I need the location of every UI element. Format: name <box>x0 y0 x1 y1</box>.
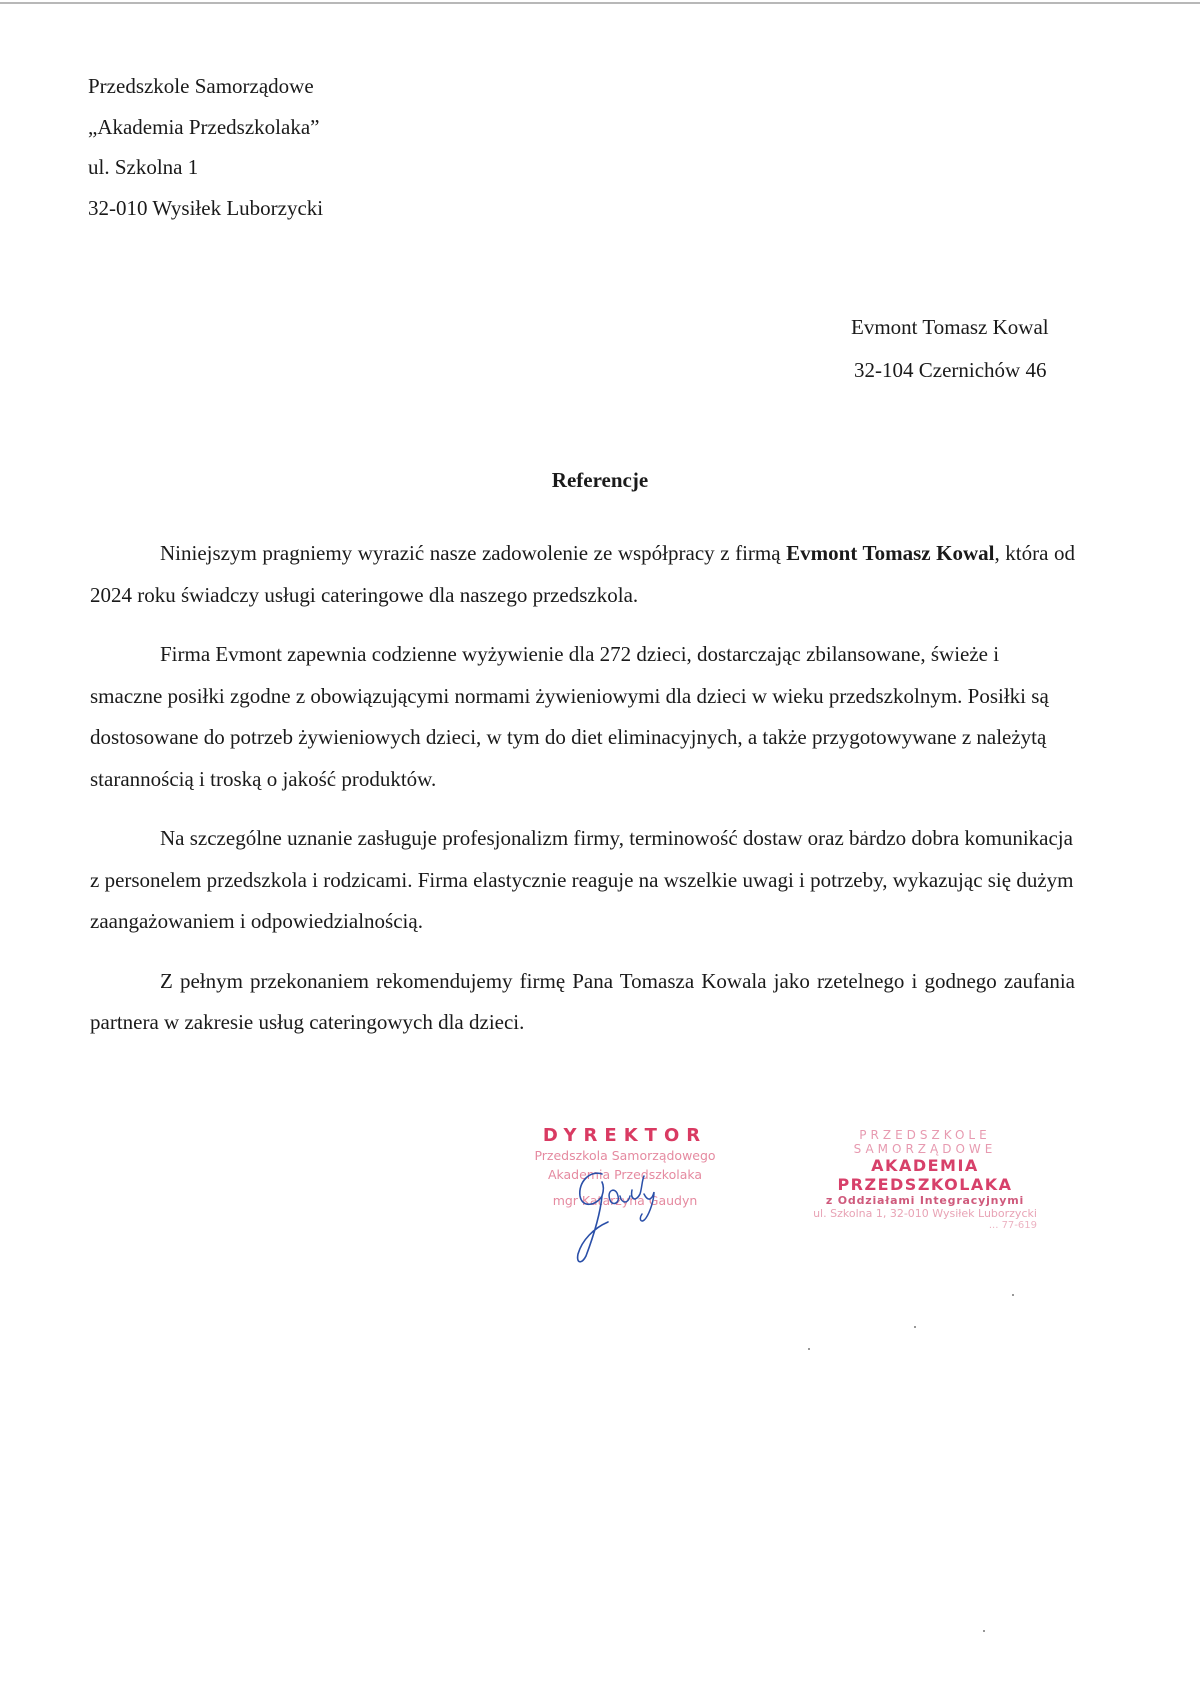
paragraph-recommendation: Z pełnym przekonaniem rekomendujemy firm… <box>90 961 1075 1044</box>
sender-address: Przedszkole Samorządowe „Akademia Przeds… <box>88 66 323 228</box>
scan-top-edge <box>0 2 1200 4</box>
sender-city: 32-010 Wysiłek Luborzycki <box>88 188 323 229</box>
sender-school-name: „Akademia Przedszkolaka” <box>88 107 323 148</box>
letter-body: Niniejszym pragniemy wyrazić nasze zadow… <box>90 533 1075 1062</box>
handwritten-signature <box>550 1160 700 1270</box>
scan-speck <box>914 1326 916 1328</box>
recipient-address: Evmont Tomasz Kowal 32-104 Czernichów 46 <box>851 306 1049 392</box>
scan-speck <box>1012 1294 1014 1296</box>
scan-speck <box>808 1348 810 1350</box>
sender-street: ul. Szkolna 1 <box>88 147 323 188</box>
institution-stamp-line3: z Oddziałami Integracyjnymi <box>785 1194 1065 1207</box>
document-title: Referencje <box>0 468 1200 493</box>
paragraph-intro-start: Niniejszym pragniemy wyrazić nasze zadow… <box>160 541 786 565</box>
sender-name: Przedszkole Samorządowe <box>88 66 323 107</box>
paragraph-intro: Niniejszym pragniemy wyrazić nasze zadow… <box>90 533 1075 616</box>
institution-stamp-line1: PRZEDSZKOLE SAMORZĄDOWE <box>785 1128 1065 1156</box>
recipient-name: Evmont Tomasz Kowal <box>851 306 1049 349</box>
scan-speck <box>983 1630 985 1632</box>
scan-speck <box>864 831 866 833</box>
institution-stamp: PRZEDSZKOLE SAMORZĄDOWE AKADEMIA PRZEDSZ… <box>785 1128 1065 1231</box>
institution-stamp-line4: ul. Szkolna 1, 32-010 Wysiłek Luborzycki <box>785 1207 1065 1220</box>
institution-stamp-line2: AKADEMIA PRZEDSZKOLAKA <box>785 1156 1065 1194</box>
company-name-bold: Evmont Tomasz Kowal <box>786 541 994 565</box>
paragraph-services: Firma Evmont zapewnia codzienne wyżywien… <box>90 634 1075 800</box>
paragraph-praise: Na szczególne uznanie zasługuje profesjo… <box>90 818 1075 943</box>
director-stamp-title: DYREKTOR <box>510 1125 740 1146</box>
institution-stamp-line5: ... 77-619 <box>785 1220 1065 1231</box>
recipient-city: 32-104 Czernichów 46 <box>851 349 1049 392</box>
